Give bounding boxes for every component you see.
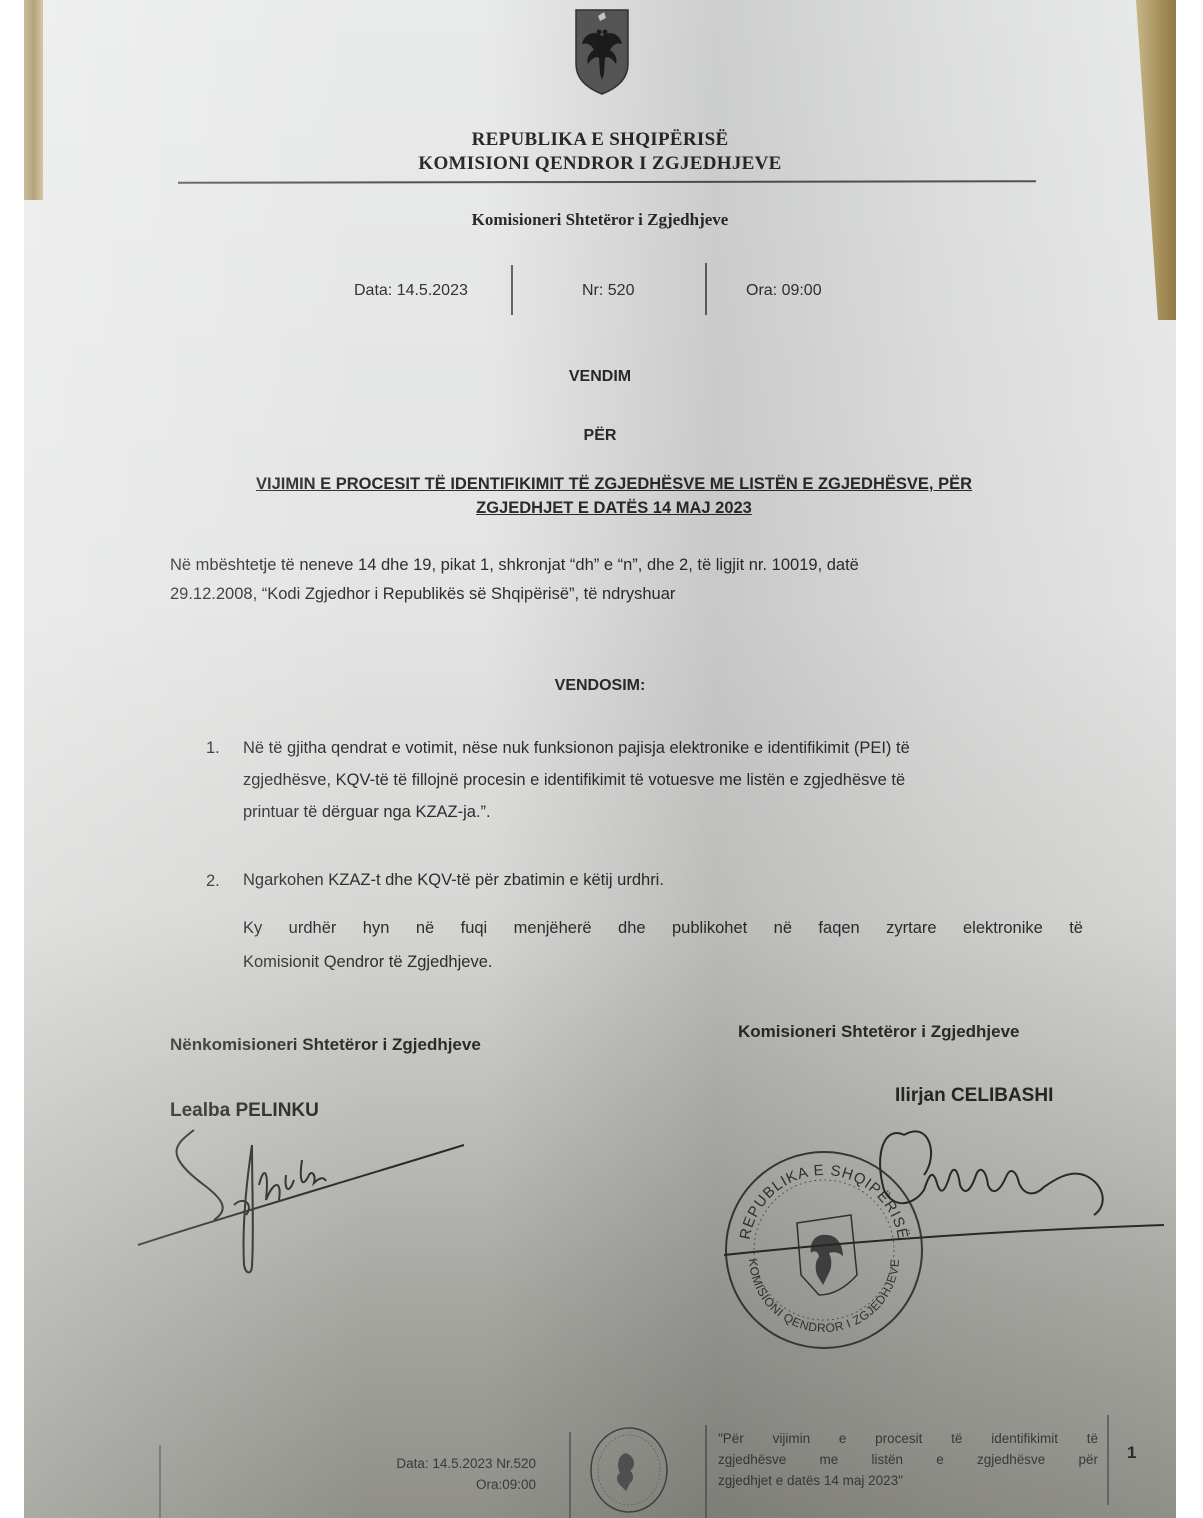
commissioner-name: Ilirjan CELIBASHI (895, 1085, 1053, 1107)
footer-divider (1107, 1415, 1109, 1505)
footer-quote-line: zgjedhësve me listën e zgjedhësve për (718, 1449, 1098, 1470)
commissioner-signature-icon (714, 1115, 1176, 1295)
decision-number: Nr: 520 (582, 282, 634, 300)
document-photo: REPUBLIKA E SHQIPËRISË KOMISIONI QENDROR… (24, 0, 1176, 1518)
item-line: zgjedhësve, KQV-të të fillojnë procesin … (243, 764, 1103, 796)
albanian-eagle-shield-icon (572, 6, 632, 96)
footer-divider (705, 1425, 707, 1518)
decision-item: Ngarkohen KZAZ-t dhe KQV-të për zbatimin… (243, 866, 1103, 895)
decision-date: Data: 14.5.2023 (354, 282, 468, 300)
footer-divider (159, 1445, 161, 1518)
decision-time: Ora: 09:00 (746, 282, 822, 300)
deputy-commissioner-role: Nënkomisioneri Shtetëror i Zgjedhjeve (170, 1035, 481, 1055)
letterhead: REPUBLIKA E SHQIPËRISË KOMISIONI QENDROR… (24, 128, 1176, 176)
item-line: Ngarkohen KZAZ-t dhe KQV-të për zbatimin… (243, 866, 1103, 895)
office-title: Komisioneri Shtetëror i Zgjedhjeve (24, 210, 1176, 230)
commission-name: KOMISIONI QENDROR I ZGJEDHJEVE (24, 152, 1176, 176)
decision-title-line: VIJIMIN E PROCESIT TË IDENTIFIKIMIT TË Z… (174, 472, 1054, 496)
closing-line: Komisionit Qendror të Zgjedhjeve. (243, 945, 1083, 979)
page-number: 1 (1127, 1443, 1136, 1463)
closing-line: Ky urdhër hyn në fuqi menjëherë dhe publ… (243, 911, 1083, 945)
decision-title: VIJIMIN E PROCESIT TË IDENTIFIKIMIT TË Z… (174, 472, 1054, 520)
preamble: Në mbështetje të neneve 14 dhe 19, pikat… (170, 551, 1070, 609)
republic-name: REPUBLIKA E SHQIPËRISË (24, 128, 1176, 152)
decision-for: PËR (24, 427, 1176, 445)
header-divider (178, 180, 1036, 183)
footer-time: Ora:09:00 (314, 1474, 536, 1495)
item-line: printuar të dërguar nga KZAZ-ja.”. (243, 796, 1103, 828)
decision-heading: VENDIM (24, 368, 1176, 386)
meta-divider (511, 265, 513, 315)
closing-paragraph: Ky urdhër hyn në fuqi menjëherë dhe publ… (243, 911, 1083, 979)
meta-divider (705, 263, 707, 315)
footer-quote-line: zgjedhjet e datës 14 maj 2023" (718, 1470, 1098, 1491)
deputy-signature-icon (134, 1125, 474, 1285)
deputy-commissioner-name: Lealba PELINKU (170, 1100, 319, 1122)
decision-title-line: ZGJEDHJET E DATËS 14 MAJ 2023 (174, 496, 1054, 520)
item-line: Në të gjitha qendrat e votimit, nëse nuk… (243, 732, 1103, 764)
footer-quote-line: "Për vijimin e procesit të identifikimit… (718, 1428, 1098, 1449)
item-number: 1. (206, 739, 220, 758)
preamble-line: Në mbështetje të neneve 14 dhe 19, pikat… (170, 551, 1070, 580)
footer-date-number: Data: 14.5.2023 Nr.520 (314, 1453, 536, 1474)
commissioner-role: Komisioneri Shtetëror i Zgjedhjeve (738, 1022, 1020, 1042)
decide-heading: VENDOSIM: (24, 677, 1176, 695)
footer-divider (569, 1432, 571, 1518)
footer-quote: "Për vijimin e procesit të identifikimit… (718, 1428, 1098, 1491)
footer-seal-icon (586, 1425, 672, 1515)
footer-reference: Data: 14.5.2023 Nr.520 Ora:09:00 (314, 1453, 536, 1495)
decision-item: Në të gjitha qendrat e votimit, nëse nuk… (243, 732, 1103, 828)
preamble-line: 29.12.2008, “Kodi Zgjedhor i Republikës … (170, 580, 1070, 609)
item-number: 2. (206, 872, 220, 891)
